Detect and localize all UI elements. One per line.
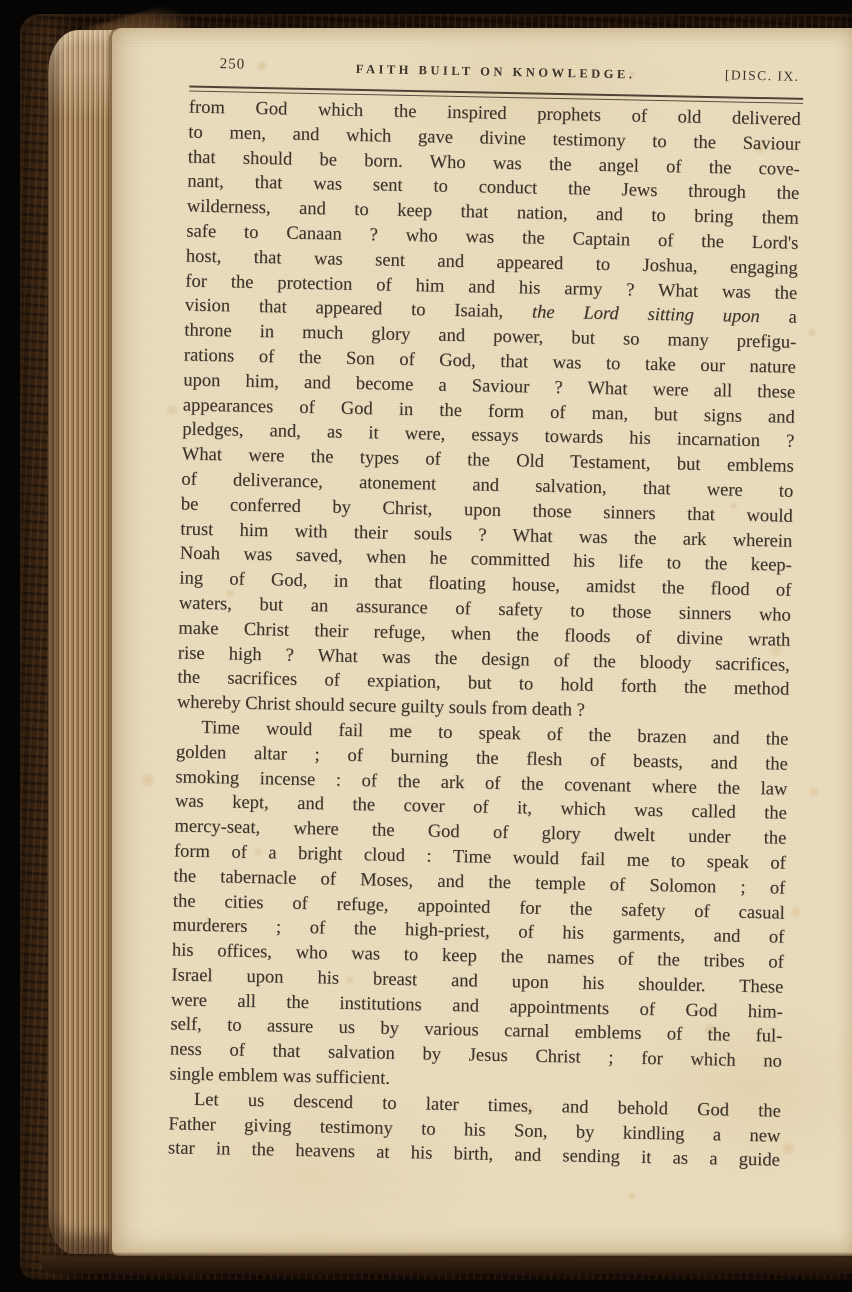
page-header: 250 FAITH BUILT ON KNOWLEDGE. [DISC. IX.: [189, 56, 801, 90]
book-page: 250 FAITH BUILT ON KNOWLEDGE. [DISC. IX.…: [112, 28, 852, 1256]
page-body-text: from God which the inspired prophets of …: [168, 96, 801, 1174]
paragraph: Let us descend to later times, and behol…: [168, 1087, 781, 1174]
paragraph: Time would fail me to speak of the braze…: [169, 715, 788, 1099]
printed-content: 250 FAITH BUILT ON KNOWLEDGE. [DISC. IX.…: [112, 50, 852, 65]
page-edges-stack: [48, 30, 120, 1254]
running-title: FAITH BUILT ON KNOWLEDGE.: [190, 59, 802, 86]
paragraph: from God which the inspired prophets of …: [177, 96, 801, 728]
section-label: [DISC. IX.: [725, 67, 800, 84]
book-photo: 250 FAITH BUILT ON KNOWLEDGE. [DISC. IX.…: [0, 0, 852, 1292]
book-bottom-edge: [40, 1248, 852, 1274]
